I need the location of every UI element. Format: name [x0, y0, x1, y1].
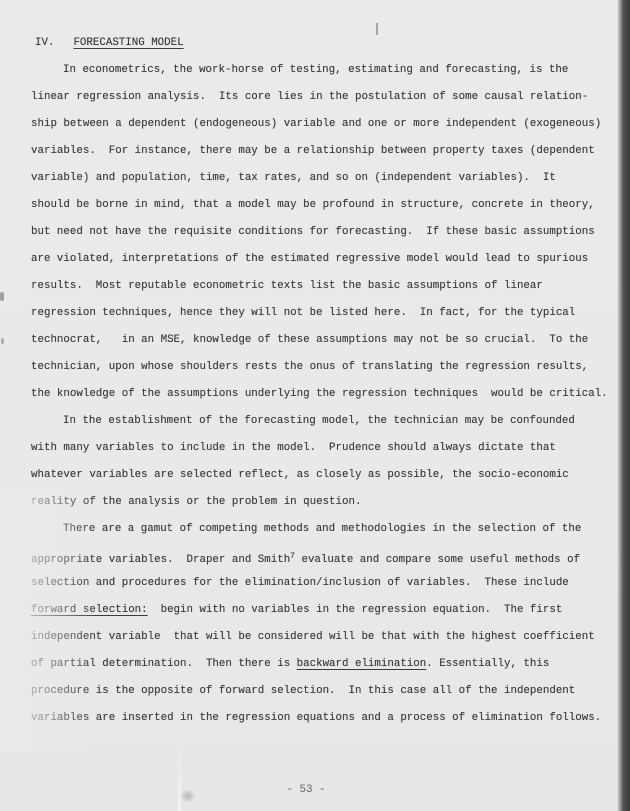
text-segment: appropriate variables. Draper and Smith: [31, 554, 290, 566]
text-line: selection and procedures for the elimina…: [31, 570, 611, 597]
text-line: appropriate variables. Draper and Smith7…: [31, 543, 611, 570]
text-line: results. Most reputable econometric text…: [31, 273, 611, 300]
underlined-term-backward-elimination: backward elimination: [297, 658, 427, 670]
text-line: are violated, interpretations of the est…: [31, 246, 611, 273]
text-line: In the establishment of the forecasting …: [31, 408, 611, 435]
page-number: - 53 -: [0, 777, 612, 804]
text-line: There are a gamut of competing methods a…: [31, 516, 611, 543]
text-line: regression techniques, hence they will n…: [31, 300, 611, 327]
text-line: but need not have the requisite conditio…: [31, 219, 611, 246]
section-numeral: IV.: [35, 37, 54, 49]
text-line: independent variable that will be consid…: [31, 624, 611, 651]
text-line: reality of the analysis or the problem i…: [31, 489, 611, 516]
page-body-text: IV.FORECASTING MODEL In econometrics, th…: [31, 30, 611, 732]
scan-edge-shadow: [617, 0, 630, 811]
text-line: with many variables to include in the mo…: [31, 435, 611, 462]
text-segment: of partial determination. Then there is: [31, 658, 297, 670]
scan-speck: [0, 292, 4, 301]
text-line: variables. For instance, there may be a …: [31, 138, 611, 165]
text-line: variables are inserted in the regression…: [31, 705, 611, 732]
text-line: technician, upon whose shoulders rests t…: [31, 354, 611, 381]
scanned-document-page: { "page": { "number": "- 53 -" }, "color…: [0, 0, 630, 811]
section-title: FORECASTING MODEL: [73, 37, 183, 49]
text-segment: . Essentially, this: [426, 658, 549, 670]
text-line: procedure is the opposite of forward sel…: [31, 678, 611, 705]
text-line: of partial determination. Then there is …: [31, 651, 611, 678]
text-line: should be borne in mind, that a model ma…: [31, 192, 611, 219]
scan-speck: [1, 338, 4, 344]
text-line: technocrat, in an MSE, knowledge of thes…: [31, 327, 611, 354]
stray-mark: [376, 23, 378, 35]
underlined-term-forward-selection: forward selection:: [31, 604, 148, 616]
section-heading: IV.FORECASTING MODEL: [31, 30, 611, 57]
text-line: the knowledge of the assumptions underly…: [31, 381, 611, 408]
scan-smudge: [180, 789, 196, 803]
text-line: In econometrics, the work-horse of testi…: [31, 57, 611, 84]
text-segment: begin with no variables in the regressio…: [148, 604, 563, 616]
text-segment: evaluate and compare some useful methods…: [295, 554, 580, 566]
text-line: linear regression analysis. Its core lie…: [31, 84, 611, 111]
text-line: ship between a dependent (endogeneous) v…: [31, 111, 611, 138]
text-line: variable) and population, time, tax rate…: [31, 165, 611, 192]
text-line: whatever variables are selected reflect,…: [31, 462, 611, 489]
text-line: forward selection: begin with no variabl…: [31, 597, 611, 624]
